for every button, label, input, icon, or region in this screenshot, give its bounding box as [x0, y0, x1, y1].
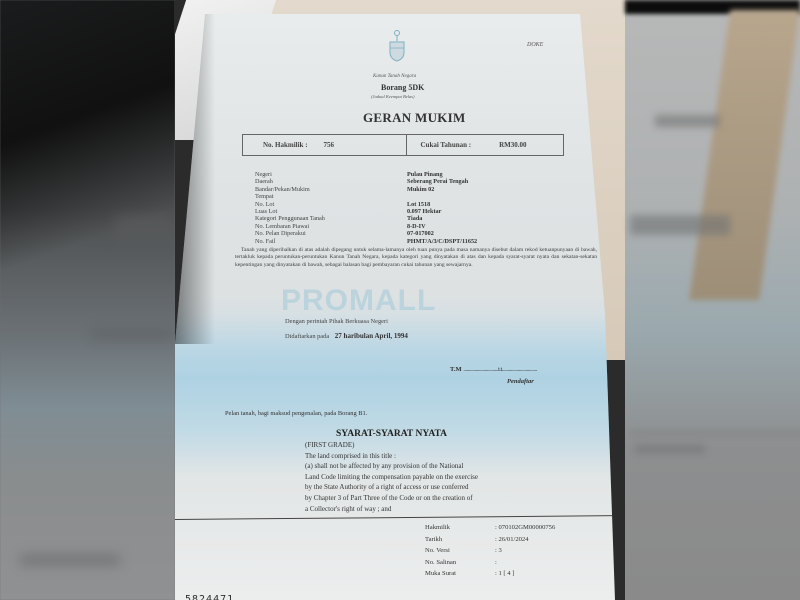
detail-label: No. Fail: [255, 238, 407, 245]
watermark: PROMALL: [281, 284, 436, 318]
state-crest-icon: [387, 28, 407, 62]
metadata-row: No. Salinan:: [425, 557, 555, 569]
detail-row: NegeriPulau Pinang: [255, 171, 477, 178]
title-number: No. Hakmilik : 756: [243, 135, 406, 155]
annual-rent-label: Cukai Tahunan :: [421, 141, 472, 149]
registered-label: Didaftarkan pada: [285, 333, 329, 340]
title-summary-box: No. Hakmilik : 756 Cukai Tahunan : RM30.…: [242, 134, 564, 156]
condition-line: (a) shall not be affected by any provisi…: [305, 461, 565, 472]
detail-label: Negeri: [255, 171, 407, 178]
detail-row: No. Pelan Diperakui07-017002: [255, 230, 477, 237]
schedule-label: (Jadual Keempat Belas): [371, 94, 415, 99]
blurred-background-left: [0, 0, 175, 600]
detail-label: Tempat: [255, 193, 407, 200]
detail-row: No. FailPHMT/A/3/C/DSPT/11652: [255, 238, 477, 245]
condition-line: a Collector's right of way ; and: [305, 504, 565, 515]
metadata-value: : 3: [491, 545, 502, 557]
detail-value: 8-D-IV: [407, 223, 426, 230]
document-photo: PROMALL DOKE Kanun Tanah Negara Borang 5…: [175, 0, 625, 600]
registration-line: Didaftarkan pada 27 haribulan April, 199…: [285, 332, 408, 340]
annual-rent: Cukai Tahunan : RM30.00: [406, 135, 564, 155]
detail-value: [407, 193, 409, 200]
annual-rent-value: RM30.00: [499, 141, 526, 149]
detail-value: PHMT/A/3/C/DSPT/11652: [407, 238, 477, 245]
detail-row: Luas Lot0.097 Hektar: [255, 208, 477, 215]
detail-value: Pulau Pinang: [407, 171, 443, 178]
document-title: GERAN MUKIM: [363, 110, 466, 126]
blurred-text-block: [630, 215, 730, 235]
blurred-divider: [630, 432, 800, 435]
metadata-value: : 070102GM00000756: [491, 522, 555, 534]
title-number-label: No. Hakmilik :: [263, 141, 308, 149]
tenure-paragraph: Tanah yang diperihalkan di atas adalah d…: [235, 247, 597, 269]
form-code: DOKE: [527, 42, 543, 48]
land-title-document: PROMALL DOKE Kanun Tanah Negara Borang 5…: [175, 14, 615, 600]
detail-label: No. Pelan Diperakui: [255, 230, 407, 237]
detail-label: Daerah: [255, 178, 407, 185]
metadata-row: Tarikh: 26/01/2024: [425, 534, 555, 546]
condition-line: (FIRST GRADE): [305, 440, 565, 451]
metadata-label: Hakmilik: [425, 522, 491, 534]
metadata-value: :: [491, 557, 497, 569]
detail-row: Kategori Penggunaan TanahTiada: [255, 215, 477, 222]
detail-label: No. Lot: [255, 201, 407, 208]
detail-value: 07-017002: [407, 230, 434, 237]
folder-background: [689, 10, 800, 300]
title-metadata: Hakmilik: 070102GM00000756Tarikh: 26/01/…: [425, 522, 555, 580]
detail-row: DaerahSeberang Perai Tengah: [255, 178, 477, 185]
serial-number: 5824471: [185, 594, 234, 600]
metadata-value: : 26/01/2024: [491, 534, 529, 546]
registered-date: 27 haribulan April, 1994: [335, 332, 408, 340]
registrar-label: Pendaftar: [507, 378, 534, 385]
metadata-value: : 1 [ 4 ]: [491, 568, 514, 580]
condition-line: by Chapter 3 of Part Three of the Code o…: [305, 493, 565, 504]
authority-order: Dengan perintah Pihak Berkuasa Negeri: [285, 318, 388, 325]
blurred-text-block: [655, 115, 720, 127]
signature-prefix: T.M: [450, 366, 462, 373]
metadata-label: No. Salinan: [425, 557, 491, 569]
detail-value: Tiada: [407, 215, 422, 222]
detail-value: Seberang Perai Tengah: [407, 178, 468, 185]
detail-row: No. LotLot 1518: [255, 201, 477, 208]
metadata-label: No. Versi: [425, 545, 491, 557]
form-name: Borang 5DK: [381, 83, 424, 92]
land-details-list: NegeriPulau PinangDaerahSeberang Perai T…: [255, 171, 477, 245]
blurred-text-block: [115, 215, 175, 245]
metadata-row: Muka Surat: 1 [ 4 ]: [425, 568, 555, 580]
blurred-text-block: [20, 555, 120, 565]
conditions-text: (FIRST GRADE)The land comprised in this …: [305, 440, 565, 514]
detail-row: Bandar/Pekan/MukimMukim 02: [255, 186, 477, 193]
plan-note: Pelan tanah, bagi maksud pengenalan, pad…: [225, 410, 367, 417]
signature-line: T.M ...............................t.t..…: [450, 366, 537, 373]
conditions-title: SYARAT-SYARAT NYATA: [336, 429, 447, 439]
detail-label: Kategori Penggunaan Tanah: [255, 215, 407, 222]
metadata-row: No. Versi: 3: [425, 545, 555, 557]
detail-label: Luas Lot: [255, 208, 407, 215]
signature-dots: ...............................t.t......…: [463, 366, 537, 373]
metadata-row: Hakmilik: 070102GM00000756: [425, 522, 555, 534]
metadata-label: Tarikh: [425, 534, 491, 546]
title-number-value: 756: [324, 141, 335, 149]
detail-label: Bandar/Pekan/Mukim: [255, 186, 407, 193]
detail-row: Tempat: [255, 193, 477, 200]
detail-value: 0.097 Hektar: [407, 208, 441, 215]
divider: [175, 515, 620, 520]
shadow-region: [0, 0, 175, 300]
detail-value: Lot 1518: [407, 201, 430, 208]
act-label: Kanun Tanah Negara: [373, 74, 416, 79]
blurred-text-block: [635, 445, 705, 453]
condition-line: Land Code limiting the compensation paya…: [305, 472, 565, 483]
detail-label: No. Lembaran Piawai: [255, 223, 407, 230]
detail-row: No. Lembaran Piawai8-D-IV: [255, 223, 477, 230]
metadata-label: Muka Surat: [425, 568, 491, 580]
detail-value: Mukim 02: [407, 186, 434, 193]
condition-line: The land comprised in this title :: [305, 451, 565, 462]
blurred-background-right: [625, 0, 800, 600]
condition-line: by the State Authority of a right of acc…: [305, 482, 565, 493]
blurred-text-block: [90, 330, 175, 340]
